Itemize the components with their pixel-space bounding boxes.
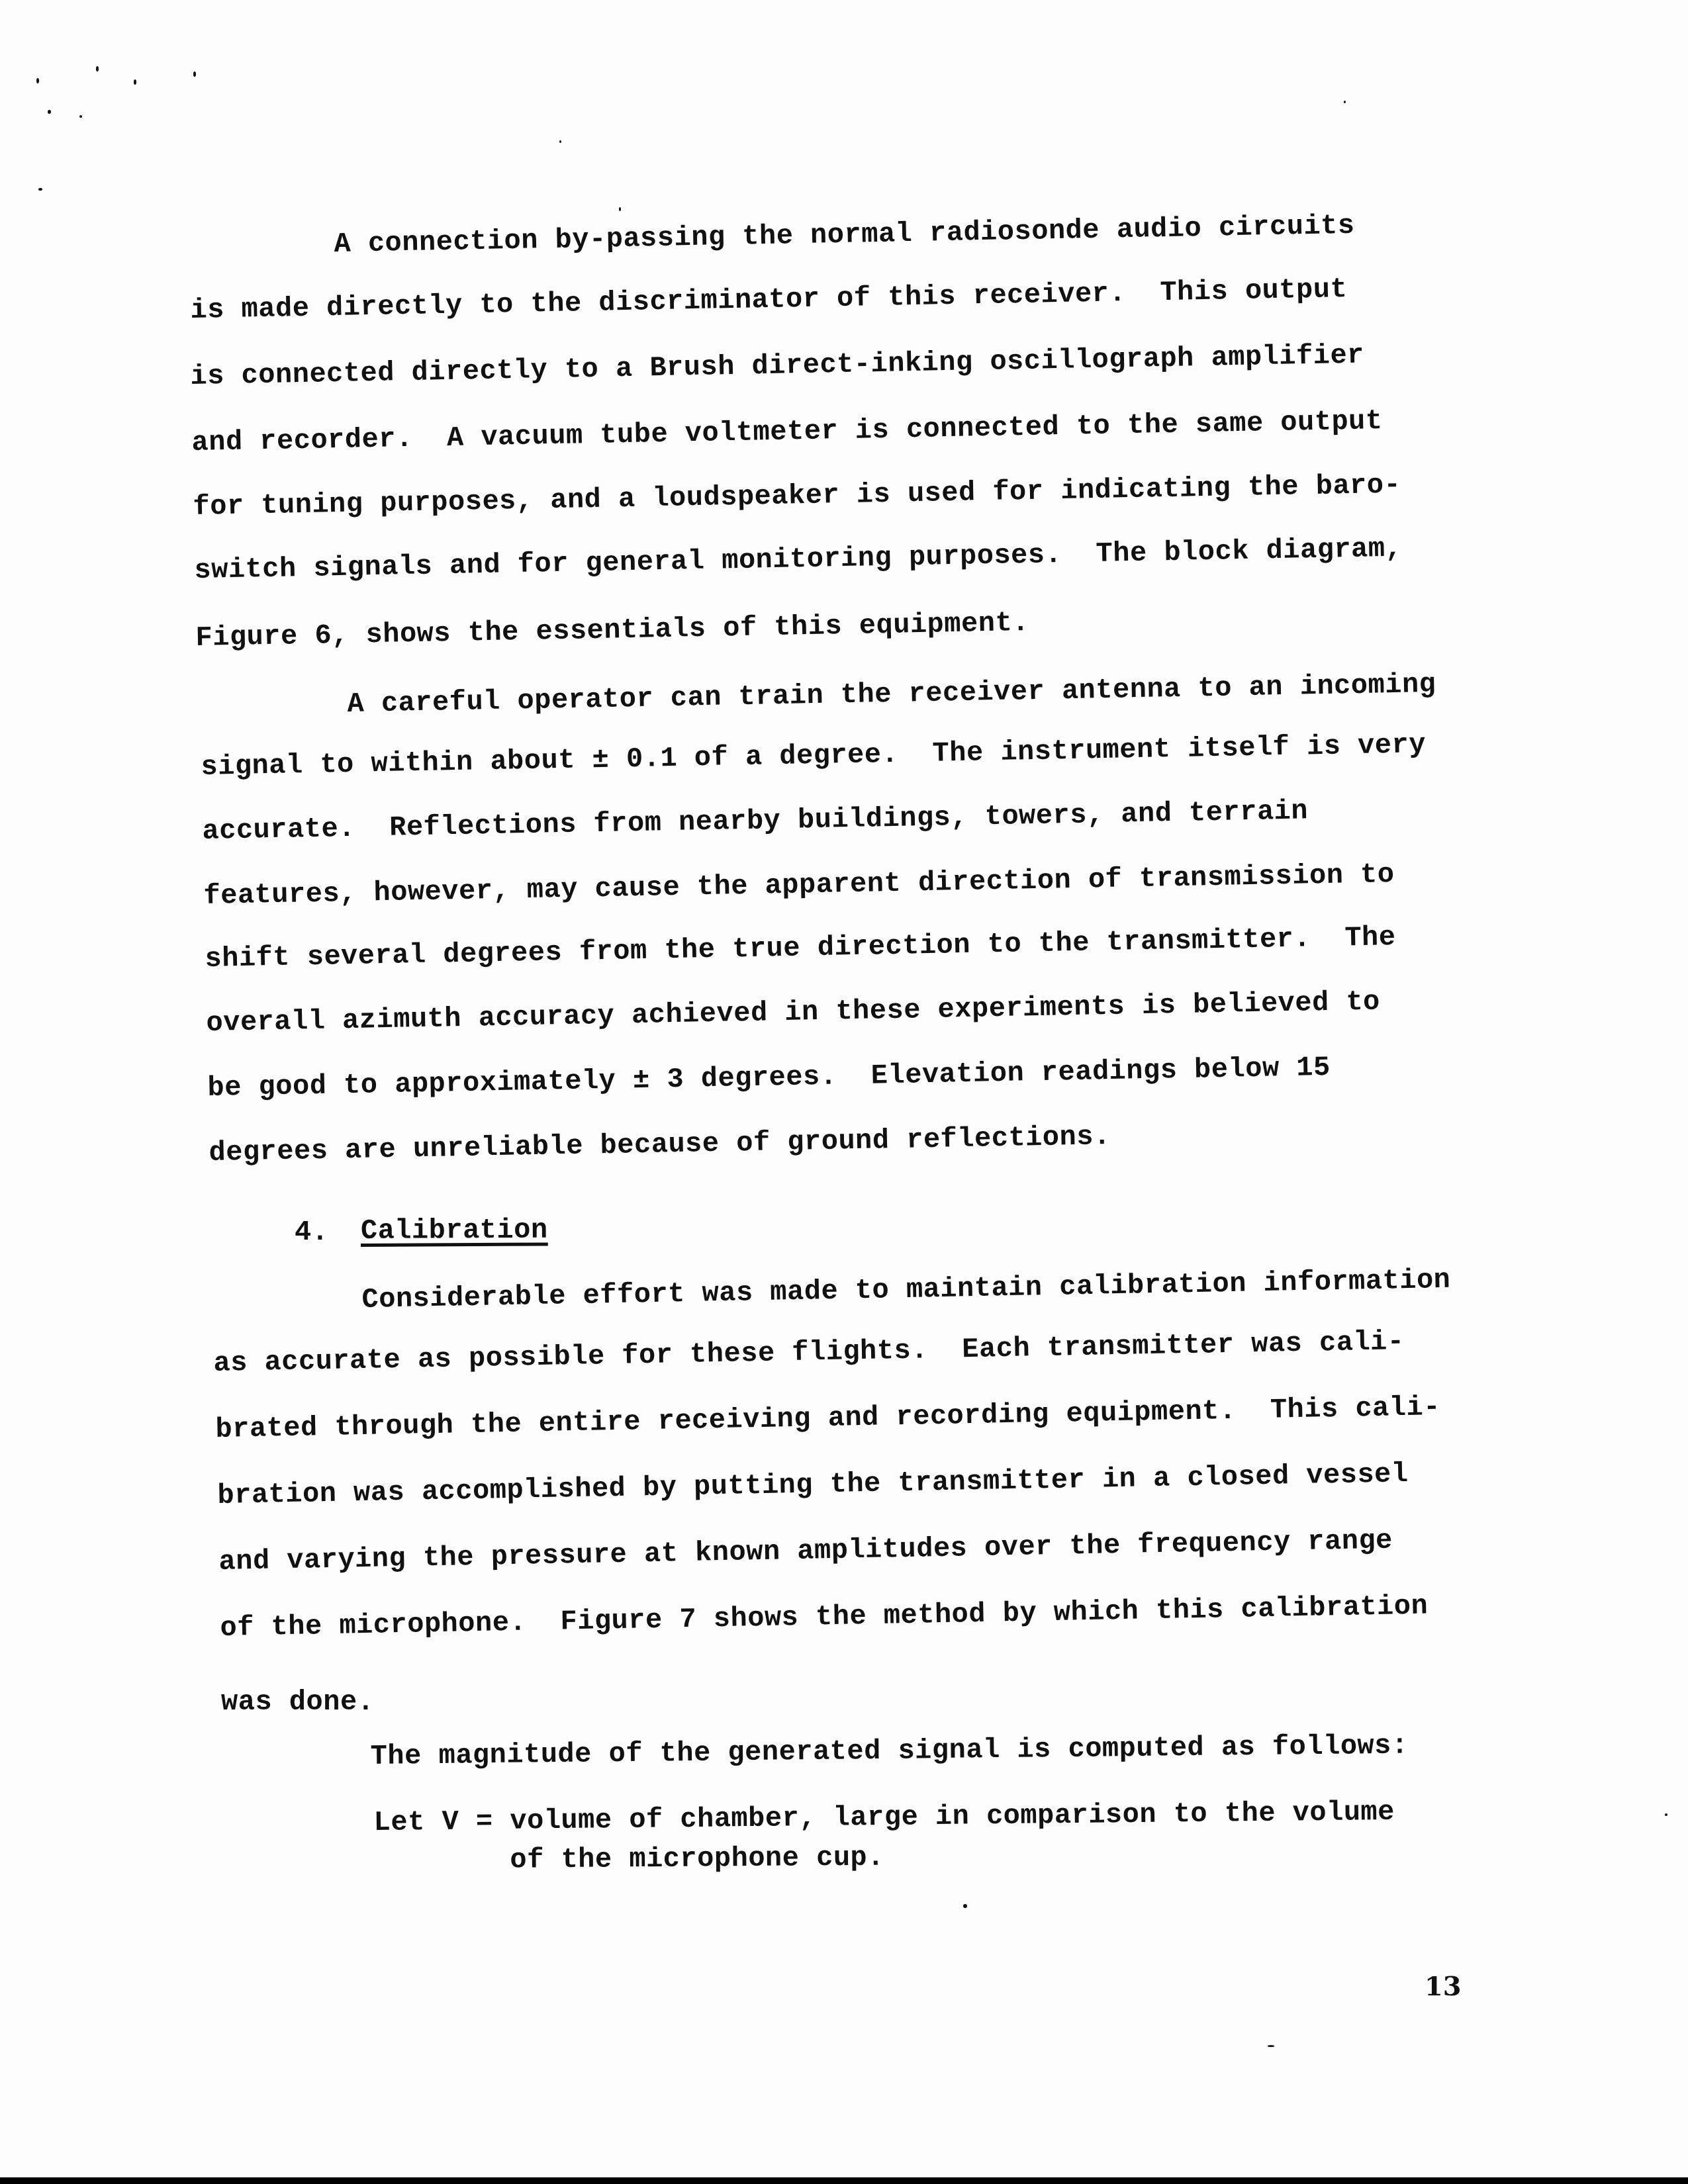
scan-bottom-edge (0, 2177, 1688, 2184)
scan-speck (963, 1904, 967, 1908)
paragraph-3-line-4: bration was accomplished by putting the … (217, 1458, 1409, 1512)
paragraph-3-line-1: Considerable effort was made to maintain… (361, 1264, 1451, 1316)
paragraph-2-line-3: accurate. Reflections from nearby buildi… (202, 795, 1308, 847)
section-number: 4. (295, 1216, 328, 1248)
scan-speck (1268, 2045, 1274, 2047)
scan-speck (1665, 1813, 1667, 1816)
scan-speck (36, 78, 39, 83)
paragraph-3-line-6: of the microphone. Figure 7 shows the me… (220, 1590, 1429, 1644)
paragraph-3-line-3: brated through the entire receiving and … (215, 1391, 1440, 1445)
definition-line-1: Let V = volume of chamber, large in comp… (373, 1796, 1395, 1839)
section-title: Calibration (361, 1214, 548, 1247)
scan-speck (559, 140, 561, 143)
definition-line-2: of the microphone cup. (374, 1842, 884, 1877)
paragraph-2-line-6: overall azimuth accuracy achieved in the… (206, 986, 1380, 1039)
paragraph-2-line-5: shift several degrees from the true dire… (205, 921, 1396, 975)
scan-speck (38, 188, 42, 191)
paragraph-2-line-4: features, however, may cause the apparen… (203, 858, 1395, 912)
scan-speck (1344, 101, 1346, 103)
paragraph-1-line-5: for tuning purposes, and a loudspeaker i… (193, 469, 1401, 523)
paragraph-1-line-1: A connection by-passing the normal radio… (334, 210, 1355, 260)
page-number: 13 (1425, 1971, 1462, 2002)
paragraph-2-line-8: degrees are unreliable because of ground… (209, 1120, 1111, 1169)
paragraph-1-line-4: and recorder. A vacuum tube voltmeter is… (191, 405, 1383, 459)
scan-speck (48, 110, 51, 114)
scan-speck (193, 71, 196, 77)
paragraph-3-line-2: as accurate as possible for these flight… (213, 1326, 1405, 1379)
paragraph-2-line-2: signal to within about ± 0.1 of a degree… (201, 729, 1426, 783)
paragraph-1-line-3: is connected directly to a Brush direct-… (190, 340, 1364, 392)
paragraph-2-line-7: be good to approximately ± 3 degrees. El… (207, 1052, 1331, 1104)
paragraph-1-line-2: is made directly to the discriminator of… (190, 273, 1347, 326)
paragraph-2-line-1: A careful operator can train the receive… (347, 668, 1436, 720)
scan-speck (134, 79, 136, 85)
paragraph-3-line-5: and varying the pressure at known amplit… (218, 1525, 1393, 1578)
scan-speck (96, 66, 99, 71)
paragraph-4-line-1: The magnitude of the generated signal is… (370, 1730, 1408, 1772)
scan-speck (619, 207, 621, 211)
paragraph-1-line-7: Figure 6, shows the essentials of this e… (195, 607, 1029, 654)
document-page: A connection by-passing the normal radio… (0, 0, 1688, 2184)
scan-speck (79, 115, 82, 118)
paragraph-3-line-7: was done. (221, 1686, 374, 1718)
paragraph-1-line-6: switch signals and for general monitorin… (194, 533, 1403, 586)
